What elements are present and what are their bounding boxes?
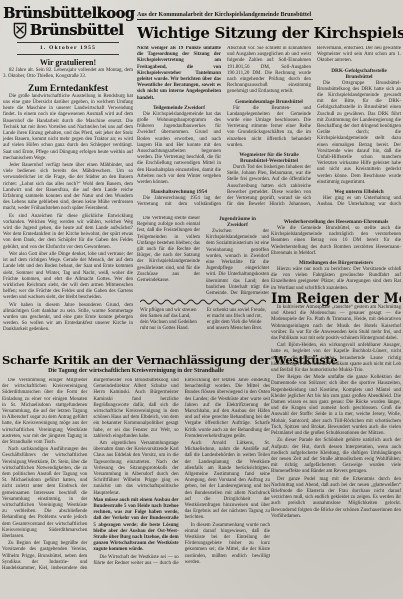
fashion-headline: Im Reigen der Mode [271, 296, 401, 302]
article-paragraph: Der ganze Pudel mag mit die Erkenntnis d… [271, 477, 401, 520]
bottom-article-body: Die Verstimmung einiger Mitglieder der w… [2, 378, 270, 591]
article-subheading: Wegmeister für die Straße Brunsbüttel-We… [229, 152, 309, 164]
left-column: Wir gratulieren! 82 Jahre alt. Sein 82. … [3, 58, 133, 352]
newspaper-page: Brünsbüttelkoog Brünsbüttel 1. Oktober 1… [0, 0, 403, 599]
kicker-line: Aus der Kommunalarbeit der Kirchspielsla… [137, 12, 313, 20]
main-headline: Wichtige Sitzung der Kirchspielsvertretu… [137, 24, 401, 42]
masthead-title-top: Brünsbüttelkoog [3, 6, 133, 21]
article-paragraph: Wer also Gott über alle Dinge denket, lo… [3, 252, 133, 302]
article-paragraph: Jeder Bauernhof verfügt heute über einen… [3, 163, 133, 213]
middle-section-body: Die Vertretung stellte dieser Regelung z… [137, 216, 269, 298]
masthead-rule [17, 54, 119, 55]
article-subheading: Haushaltsrechnung 1954 [139, 189, 219, 195]
fashion-article-body: In kultivierter Atmosphäre „rauschte“ ge… [271, 305, 401, 520]
article-subheading: DRK-Gefolgschaftsstelle Brunsbüttel [319, 68, 399, 80]
congratulations-heading: Wir gratulieren! [3, 60, 133, 66]
article-paragraph: Der Reigen der Mode umfaßte die ganze Ko… [271, 375, 401, 437]
masthead-title-bottom: Brünsbüttel [30, 23, 124, 38]
main-article-body: Nicht weniger als 19 Punkte umfaßte die … [137, 46, 401, 209]
article-subheading: Gemeindeumlage Brunsbüttel [229, 99, 309, 105]
poem-section: Wir pflügen und wir streuenden Samen auf… [137, 299, 269, 332]
article-paragraph: Zwischen der Kirchspielslandgemeinde und… [206, 216, 269, 298]
bottom-article: Scharfe Kritik an der Vernachlässigung d… [2, 353, 270, 591]
poem-line: ruht nur in Gottes Hand. [140, 326, 197, 332]
article-subheading: Teilgemeinde Zweidorf [139, 105, 219, 111]
congratulations-text: 82 Jahre alt. Sein 82. Lebensjahr vollen… [3, 68, 133, 80]
article-paragraph: Hierzu wäre nur noch zu berichten: Der V… [271, 267, 401, 292]
article-subheading: Weg unterm Elbdeich [319, 189, 399, 195]
main-article: Aus der Kommunalarbeit der Kirchspielsla… [137, 3, 401, 209]
article-paragraph: Auch Arnold Lütkens, St. Michaelisdonn, … [185, 441, 270, 522]
coat-of-arms-icon [13, 22, 27, 39]
article-paragraph: Nach sachkundigen Ausführungen des Gesch… [2, 447, 87, 540]
harvest-article-heading: Zum Erntedankfest [3, 86, 133, 92]
article-paragraph: Es sind Anzeichen für diese glückliche E… [3, 214, 133, 251]
article-subheading: Jugendräume in Zweidorf [208, 216, 267, 228]
poem-stanza-2: Er schenkt uns soviel Freude,er macht un… [207, 308, 266, 332]
article-paragraph: Carl Björn-Heiden, ein wirkungsvoll unfe… [271, 343, 401, 374]
article-paragraph: Die Vertretung stellte dieser Regelung z… [137, 216, 200, 284]
masthead-rule [17, 42, 119, 43]
article-paragraph: Die große landwirtschaftliche Ausstellun… [3, 94, 133, 162]
bottom-headline: Scharfe Kritik an der Vernachlässigung d… [2, 353, 270, 367]
masthead: Brünsbüttelkoog Brünsbüttel 1. Oktober 1… [3, 6, 133, 57]
article-paragraph: In kultivierter Atmosphäre „rauschte“ ge… [271, 305, 401, 342]
squiggle-divider-icon [137, 299, 269, 305]
article-subheading: Mitteilungen des Bürgermeisters [273, 260, 399, 266]
article-subheading: Wiederherstellung des Heesemann-Ehrenmal… [273, 219, 399, 225]
bottom-subhead: Die Tagung der wirtschaftlichen Kreisver… [2, 368, 270, 374]
article-lede: Nicht weniger als 19 Punkte umfaßte die … [137, 46, 221, 102]
article-paragraph: In diesem Zusammenhang wurde noch einmal… [185, 523, 270, 566]
right-column: Wiederherstellung des Heesemann-Ehrenmal… [271, 216, 401, 597]
right-column-notes: Wiederherstellung des Heesemann-Ehrenmal… [271, 219, 401, 292]
poem-line: und unsern Menschen Brot. [207, 326, 266, 332]
article-paragraph: Wie die Gemeinde Brunsbüttel, so stellte… [271, 226, 401, 257]
article-paragraph: Zu dieser Parade der Schönheit gehörte n… [271, 438, 401, 475]
harvest-article-body: Die große landwirtschaftliche Ausstellun… [3, 94, 133, 334]
issue-date: 1. Oktober 1955 [3, 45, 133, 51]
article-paragraph: Am eigentlichen Versammlungstage übernah… [93, 441, 178, 497]
article-paragraph: Die Kirchspielslandgemeinde hat das groß… [137, 112, 221, 186]
article-lede: Man müsse auch mit einem Ausbau der Bund… [93, 498, 178, 554]
article-paragraph: Die Verstimmung einiger Mitglieder der w… [2, 378, 87, 446]
poem-stanza-1: Wir pflügen und wir streuenden Samen auf… [140, 308, 197, 332]
article-paragraph: Für die Beamten- und Landangelegenheiten… [227, 106, 311, 149]
article-paragraph: Die Ortsgruppe Brunsbüttel-Brunsbüttelko… [317, 81, 401, 186]
article-paragraph: Wir haben in diesem Jahre besonderen Gru… [3, 303, 133, 334]
